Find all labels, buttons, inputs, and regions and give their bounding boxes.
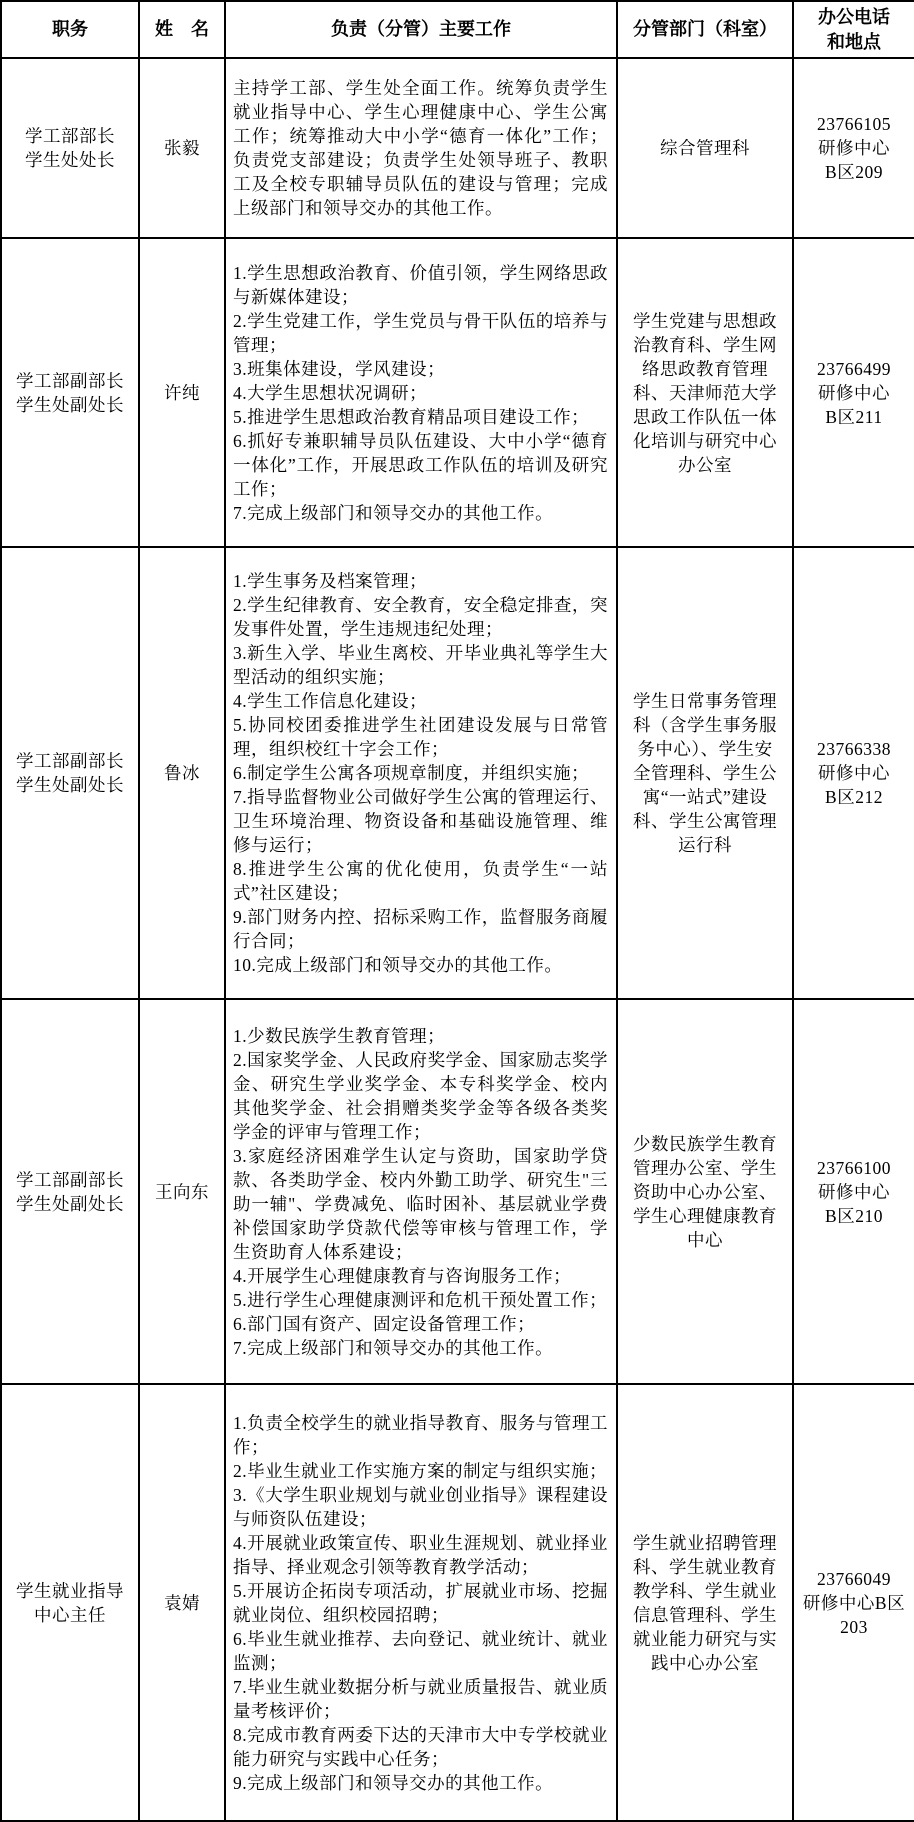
duty-item: 8.推进学生公寓的优化使用，负责学生“一站式”社区建设；: [233, 857, 608, 905]
name-cell: 袁婧: [139, 1384, 225, 1821]
duties-cell: 1.负责全校学生的就业指导教育、服务与管理工作；2.毕业生就业工作实施方案的制定…: [225, 1384, 617, 1821]
header-position: 职务: [1, 1, 139, 58]
contact-cell: 23766049 研修中心B区 203: [793, 1384, 914, 1821]
name-cell: 鲁冰: [139, 547, 225, 999]
table-row: 学工部部长 学生处处长张毅主持学工部、学生处全面工作。统筹负责学生就业指导中心、…: [1, 58, 914, 238]
contact-cell: 23766100 研修中心 B区210: [793, 999, 914, 1384]
contact-cell: 23766499 研修中心 B区211: [793, 238, 914, 547]
duty-item: 6.制定学生公寓各项规章制度，并组织实施；: [233, 761, 608, 785]
duty-item: 9.完成上级部门和领导交办的其他工作。: [233, 1771, 608, 1795]
duty-item: 6.毕业生就业推荐、去向登记、就业统计、就业监测；: [233, 1627, 608, 1675]
departments-cell: 学生就业招聘管理科、学生就业教育教学科、学生就业信息管理科、学生就业能力研究与实…: [617, 1384, 793, 1821]
duty-item: 6.部门国有资产、固定设备管理工作；: [233, 1312, 608, 1336]
duty-item: 10.完成上级部门和领导交办的其他工作。: [233, 953, 608, 977]
name-cell: 王向东: [139, 999, 225, 1384]
position-cell: 学工部副部长 学生处副处长: [1, 999, 139, 1384]
duty-item: 1.学生事务及档案管理；: [233, 569, 608, 593]
header-contact: 办公电话 和地点: [793, 1, 914, 58]
departments-cell: 学生党建与思想政治教育科、学生网络思政教育管理科、天津师范大学思政工作队伍一体化…: [617, 238, 793, 547]
table-row: 学生就业指导 中心主任袁婧1.负责全校学生的就业指导教育、服务与管理工作；2.毕…: [1, 1384, 914, 1821]
departments-cell: 学生日常事务管理科（含学生事务服务中心）、学生安全管理科、学生公寓“一站式”建设…: [617, 547, 793, 999]
duty-item: 5.进行学生心理健康测评和危机干预处置工作；: [233, 1288, 608, 1312]
duty-item: 7.指导监督物业公司做好学生公寓的管理运行、卫生环境治理、物资设备和基础设施管理…: [233, 785, 608, 857]
staff-duties-table: 职务姓 名负责（分管）主要工作分管部门（科室）办公电话 和地点 学工部部长 学生…: [0, 0, 914, 1822]
duty-item: 2.学生党建工作，学生党员与骨干队伍的培养与管理；: [233, 309, 608, 357]
departments-cell: 少数民族学生教育管理办公室、学生资助中心办公室、学生心理健康教育中心: [617, 999, 793, 1384]
header-name: 姓 名: [139, 1, 225, 58]
duty-item: 7.完成上级部门和领导交办的其他工作。: [233, 1336, 608, 1360]
duty-item: 9.部门财务内控、招标采购工作，监督服务商履行合同；: [233, 905, 608, 953]
duty-item: 8.完成市教育两委下达的天津市大中专学校就业能力研究与实践中心任务；: [233, 1723, 608, 1771]
duty-item: 5.推进学生思想政治教育精品项目建设工作；: [233, 405, 608, 429]
duty-item: 3.班集体建设，学风建设；: [233, 357, 608, 381]
table-body: 学工部部长 学生处处长张毅主持学工部、学生处全面工作。统筹负责学生就业指导中心、…: [1, 58, 914, 1821]
duty-item: 4.学生工作信息化建设；: [233, 689, 608, 713]
position-cell: 学生就业指导 中心主任: [1, 1384, 139, 1821]
duties-cell: 1.学生事务及档案管理；2.学生纪律教育、安全教育，安全稳定排查，突发事件处置，…: [225, 547, 617, 999]
duty-item: 1.学生思想政治教育、价值引领，学生网络思政与新媒体建设；: [233, 261, 608, 309]
table-row: 学工部副部长 学生处副处长王向东1.少数民族学生教育管理；2.国家奖学金、人民政…: [1, 999, 914, 1384]
header-row: 职务姓 名负责（分管）主要工作分管部门（科室）办公电话 和地点: [1, 1, 914, 58]
duty-item: 7.毕业生就业数据分析与就业质量报告、就业质量考核评价；: [233, 1675, 608, 1723]
duty-item: 1.少数民族学生教育管理；: [233, 1024, 608, 1048]
duty-item: 4.开展就业政策宣传、职业生涯规划、就业择业指导、择业观念引领等教育教学活动；: [233, 1531, 608, 1579]
duty-item: 6.抓好专兼职辅导员队伍建设、大中小学“德育一体化”工作，开展思政工作队伍的培训…: [233, 429, 608, 501]
duty-item: 主持学工部、学生处全面工作。统筹负责学生就业指导中心、学生心理健康中心、学生公寓…: [233, 76, 608, 220]
duties-cell: 主持学工部、学生处全面工作。统筹负责学生就业指导中心、学生心理健康中心、学生公寓…: [225, 58, 617, 238]
duty-item: 7.完成上级部门和领导交办的其他工作。: [233, 501, 608, 525]
duties-cell: 1.学生思想政治教育、价值引领，学生网络思政与新媒体建设；2.学生党建工作，学生…: [225, 238, 617, 547]
name-cell: 许纯: [139, 238, 225, 547]
duties-cell: 1.少数民族学生教育管理；2.国家奖学金、人民政府奖学金、国家励志奖学金、研究生…: [225, 999, 617, 1384]
position-cell: 学工部部长 学生处处长: [1, 58, 139, 238]
duty-item: 3.家庭经济困难学生认定与资助，国家助学贷款、各类助学金、校内外勤工助学、研究生…: [233, 1144, 608, 1264]
duty-item: 2.学生纪律教育、安全教育，安全稳定排查，突发事件处置，学生违规违纪处理；: [233, 593, 608, 641]
position-cell: 学工部副部长 学生处副处长: [1, 238, 139, 547]
name-cell: 张毅: [139, 58, 225, 238]
departments-cell: 综合管理科: [617, 58, 793, 238]
duty-item: 5.开展访企拓岗专项活动，扩展就业市场、挖掘就业岗位、组织校园招聘；: [233, 1579, 608, 1627]
duty-item: 3.新生入学、毕业生离校、开毕业典礼等学生大型活动的组织实施；: [233, 641, 608, 689]
table-row: 学工部副部长 学生处副处长鲁冰1.学生事务及档案管理；2.学生纪律教育、安全教育…: [1, 547, 914, 999]
duty-item: 5.协同校团委推进学生社团建设发展与日常管理，组织校红十字会工作；: [233, 713, 608, 761]
duty-item: 2.国家奖学金、人民政府奖学金、国家励志奖学金、研究生学业奖学金、本专科奖学金、…: [233, 1048, 608, 1144]
contact-cell: 23766338 研修中心 B区212: [793, 547, 914, 999]
header-duties: 负责（分管）主要工作: [225, 1, 617, 58]
contact-cell: 23766105 研修中心 B区209: [793, 58, 914, 238]
duty-item: 1.负责全校学生的就业指导教育、服务与管理工作；: [233, 1411, 608, 1459]
position-cell: 学工部副部长 学生处副处长: [1, 547, 139, 999]
duty-item: 3.《大学生职业规划与就业创业指导》课程建设与师资队伍建设；: [233, 1483, 608, 1531]
header-departments: 分管部门（科室）: [617, 1, 793, 58]
duty-item: 4.大学生思想状况调研；: [233, 381, 608, 405]
duty-item: 4.开展学生心理健康教育与咨询服务工作；: [233, 1264, 608, 1288]
duty-item: 2.毕业生就业工作实施方案的制定与组织实施；: [233, 1459, 608, 1483]
table-row: 学工部副部长 学生处副处长许纯1.学生思想政治教育、价值引领，学生网络思政与新媒…: [1, 238, 914, 547]
